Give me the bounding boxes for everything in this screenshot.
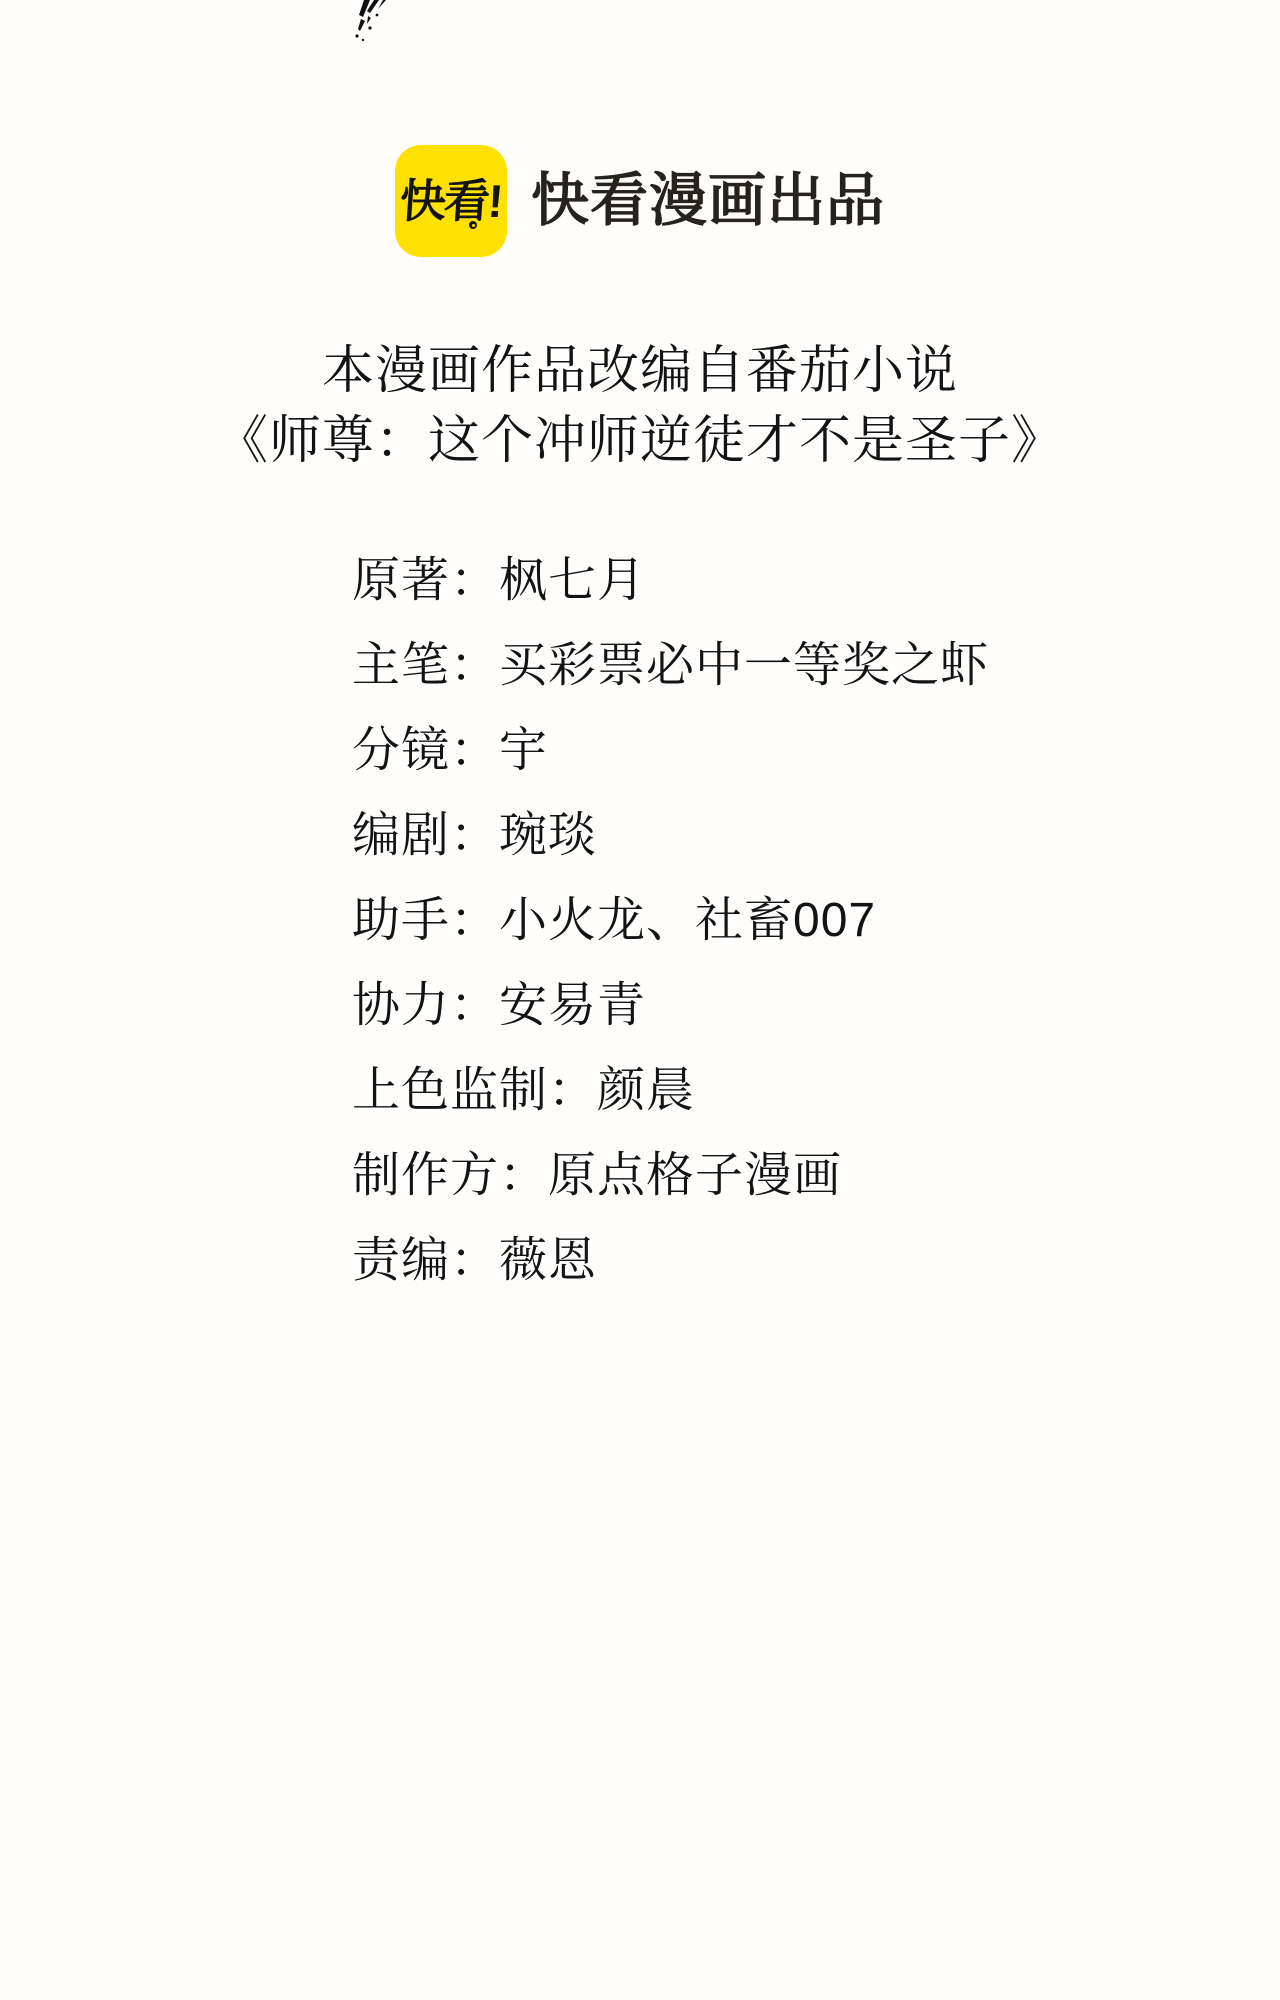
kuaikan-logo-text: 快看!	[399, 178, 504, 224]
credit-row-support: 协力：安易青	[352, 963, 989, 1048]
credit-row-screenwriter: 编剧：琬琰	[352, 793, 989, 878]
page: { "brand": { "logo_text": "快看!", "produc…	[0, 0, 1280, 2000]
produced-by-label: 快看漫画出品	[531, 172, 885, 230]
kuaikan-logo-icon: 快看!	[395, 145, 507, 257]
adaptation-notice: 本漫画作品改编自番茄小说 《师尊：这个冲师逆徒才不是圣子》	[0, 336, 1280, 476]
logo-clock-badge-icon	[466, 218, 480, 232]
credit-row-assistants: 助手：小火龙、社畜007	[352, 878, 989, 963]
credit-row-editor: 责编：薇恩	[352, 1218, 989, 1303]
credit-row-color-supervisor: 上色监制：颜晨	[352, 1048, 989, 1133]
credit-row-author: 原著：枫七月	[352, 538, 989, 623]
credit-row-storyboard: 分镜：宇	[352, 708, 989, 793]
credits-list: 原著：枫七月 主笔：买彩票必中一等奖之虾 分镜：宇 编剧：琬琰 助手：小火龙、社…	[352, 538, 989, 1303]
credit-row-lead-artist: 主笔：买彩票必中一等奖之虾	[352, 623, 989, 708]
brand-header: 快看! 快看漫画出品	[0, 145, 1280, 257]
adaptation-notice-line2: 《师尊：这个冲师逆徒才不是圣子》	[0, 406, 1280, 476]
adaptation-notice-line1: 本漫画作品改编自番茄小说	[0, 336, 1280, 406]
credit-row-production: 制作方：原点格子漫画	[352, 1133, 989, 1218]
ink-splatter-art	[350, 0, 392, 52]
